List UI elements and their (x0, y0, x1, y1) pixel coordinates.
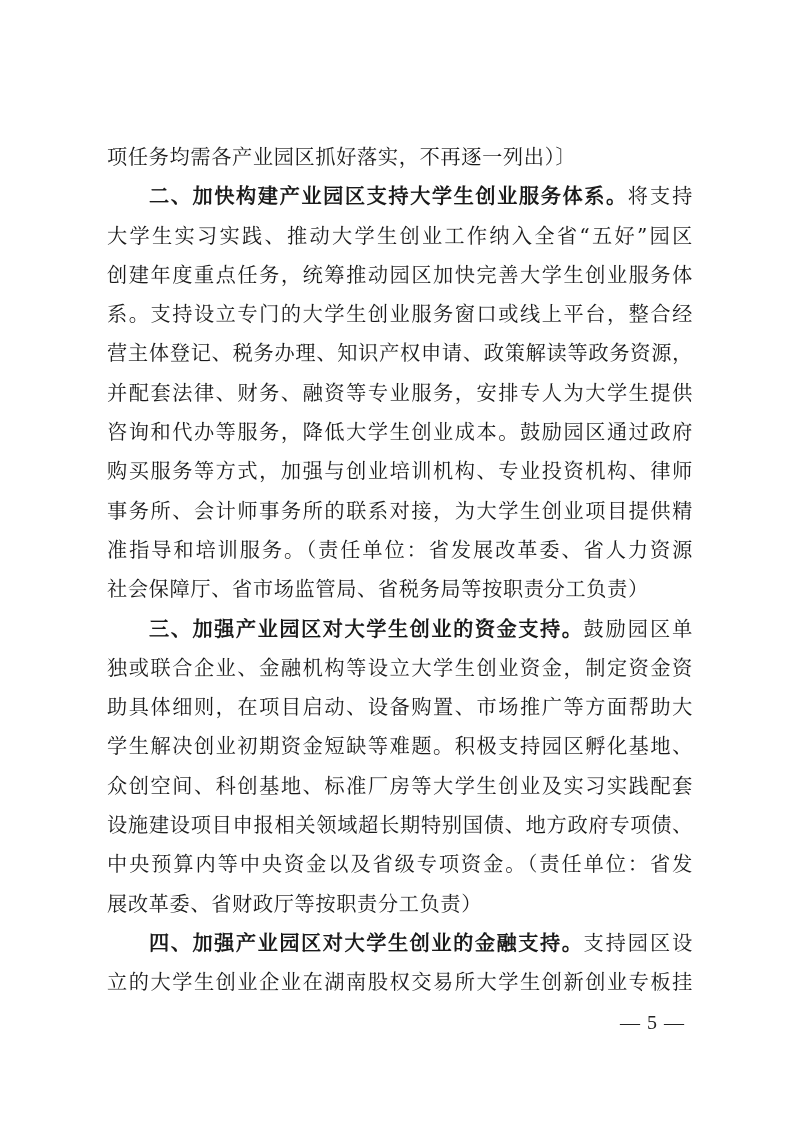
text-line: 立的大学生创业企业在湖南股权交易所大学生创新创业专板挂 (107, 963, 693, 1002)
text-line: 独或联合企业、金融机构等设立大学生创业资金，制定资金资 (107, 649, 693, 688)
section-heading: 四、加强产业园区对大学生创业的金融支持。 (149, 931, 583, 955)
document-page: 项任务均需各产业园区抓好落实，不再逐一列出）〕 二、加快构建产业园区支持大学生创… (107, 138, 693, 1003)
text-line: 营主体登记、税务办理、知识产权申请、政策解读等政务资源， (107, 334, 693, 373)
section-heading: 三、加强产业园区对大学生创业的资金支持。 (149, 617, 583, 641)
text-line: 社会保障厅、省市场监管局、省税务局等按职责分工负责） (107, 570, 693, 609)
text-line: 大学生实习实践、推动大学生创业工作纳入全省“五好”园区 (107, 217, 693, 256)
text-line: 项任务均需各产业园区抓好落实，不再逐一列出）〕 (107, 138, 693, 177)
page-number: — 5 — (620, 1012, 685, 1035)
text-line: 学生解决创业初期资金短缺等难题。积极支持园区孵化基地、 (107, 727, 693, 766)
section-heading-line: 三、加强产业园区对大学生创业的资金支持。鼓励园区单 (107, 610, 693, 649)
text-line: 助具体细则，在项目启动、设备购置、市场推广等方面帮助大 (107, 688, 693, 727)
text-line: 系。支持设立专门的大学生创业服务窗口或线上平台，整合经 (107, 295, 693, 334)
text-line: 中央预算内等中央资金以及省级专项资金。（责任单位：省发 (107, 845, 693, 884)
text-line: 创建年度重点任务，统筹推动园区加快完善大学生创业服务体 (107, 256, 693, 295)
section-heading-line: 四、加强产业园区对大学生创业的金融支持。支持园区设 (107, 924, 693, 963)
section-heading-line: 二、加快构建产业园区支持大学生创业服务体系。将支持 (107, 177, 693, 216)
section-heading: 二、加快构建产业园区支持大学生创业服务体系。 (149, 184, 628, 208)
text-line: 设施建设项目申报相关领域超长期特别国债、地方政府专项债、 (107, 806, 693, 845)
text-line: 购买服务等方式，加强与创业培训机构、专业投资机构、律师 (107, 452, 693, 491)
text-line: 展改革委、省财政厅等按职责分工负责） (107, 885, 693, 924)
text-line: 准指导和培训服务。（责任单位：省发展改革委、省人力资源 (107, 531, 693, 570)
text-line: 并配套法律、财务、融资等专业服务，安排专人为大学生提供 (107, 374, 693, 413)
text-line: 咨询和代办等服务，降低大学生创业成本。鼓励园区通过政府 (107, 413, 693, 452)
text-line: 事务所、会计师事务所的联系对接，为大学生创业项目提供精 (107, 492, 693, 531)
text-line: 众创空间、科创基地、标准厂房等大学生创业及实习实践配套 (107, 767, 693, 806)
